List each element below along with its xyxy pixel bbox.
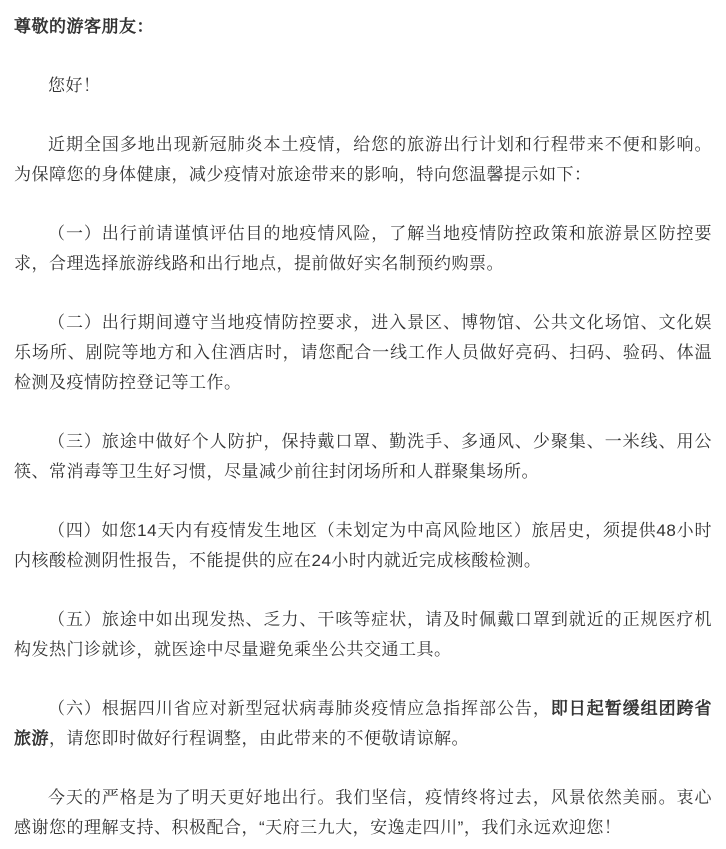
notice-item-2: （二）出行期间遵守当地疫情防控要求，进入景区、博物馆、公共文化场馆、文化娱乐场所… [14,308,712,398]
notice-item-5: （五）旅途中如出现发热、乏力、干咳等症状，请及时佩戴口罩到就近的正规医疗机构发热… [14,605,712,665]
salutation-line: 尊敬的游客朋友： [14,12,712,42]
notice-item-4: （四）如您14天内有疫情发生地区（未划定为中高风险地区）旅居史，须提供48小时内… [14,516,712,576]
notice-item-3: （三）旅途中做好个人防护，保持戴口罩、勤洗手、多通风、少聚集、一米线、用公筷、常… [14,427,712,487]
notice-document: 尊敬的游客朋友： 您好！ 近期全国多地出现新冠肺炎本土疫情，给您的旅游出行计划和… [0,0,726,849]
greeting-line: 您好！ [14,71,712,101]
notice-item-6: （六）根据四川省应对新型冠状病毒肺炎疫情应急指挥部公告，即日起暂缓组团跨省旅游，… [14,694,712,754]
notice-item-6-suffix: ，请您即时做好行程调整，由此带来的不便敬请谅解。 [49,729,469,748]
intro-paragraph: 近期全国多地出现新冠肺炎本土疫情，给您的旅游出行计划和行程带来不便和影响。为保障… [14,130,712,190]
notice-item-6-prefix: （六）根据四川省应对新型冠状病毒肺炎疫情应急指挥部公告， [48,699,551,718]
closing-paragraph: 今天的严格是为了明天更好地出行。我们坚信，疫情终将过去，风景依然美丽。衷心感谢您… [14,783,712,843]
notice-item-1: （一）出行前请谨慎评估目的地疫情风险，了解当地疫情防控政策和旅游景区防控要求，合… [14,219,712,279]
